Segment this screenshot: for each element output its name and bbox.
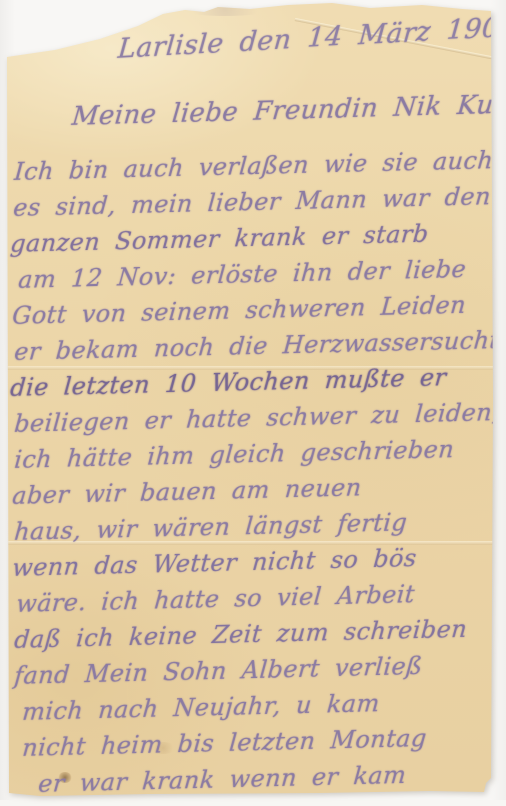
letter-page: Larlisle den 14 März 1903. Meine liebe F…: [0, 0, 506, 800]
letter-body: Ich bin auch verlaßen wie sie auch es si…: [0, 158, 506, 800]
letter-dateline: Larlisle den 14 März 1903.: [117, 11, 506, 65]
letter-page-wrapper: Larlisle den 14 März 1903. Meine liebe F…: [0, 0, 506, 800]
letter-salutation: Meine liebe Freundin Nik Kupfersch: [71, 87, 506, 132]
bleed-through-smudge: [180, 2, 270, 16]
